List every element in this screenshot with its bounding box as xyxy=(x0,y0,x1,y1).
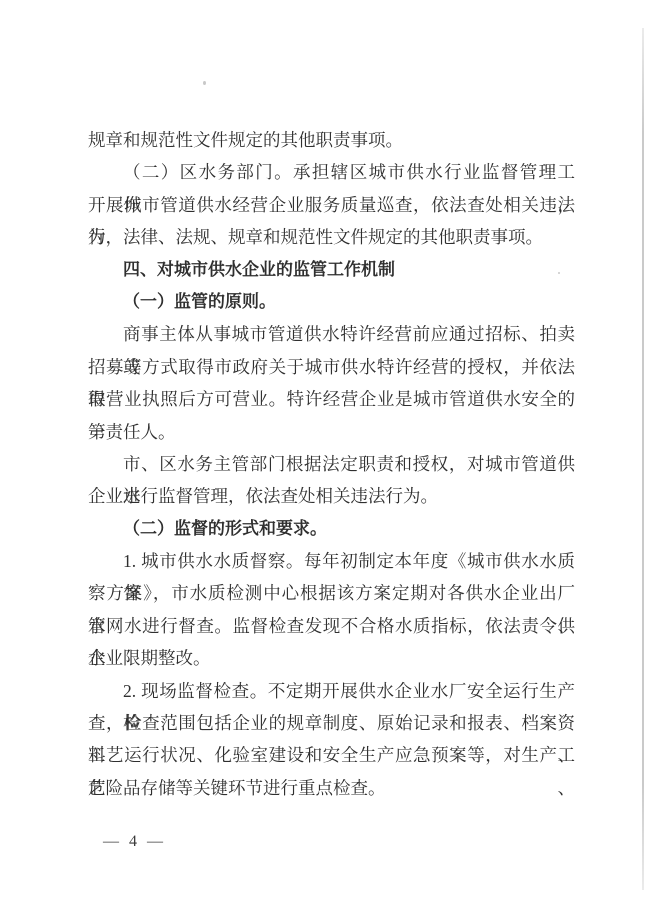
text-line: 为，法律、法规、规章和规范性文件规定的其他职责事项。 xyxy=(88,221,575,253)
text-line: 企业限期整改。 xyxy=(88,642,575,674)
text-line: 得营业执照后方可营业。特许经营企业是城市管道供水安全的第 xyxy=(88,383,575,415)
text-line: 查，检查范围包括企业的规章制度、原始记录和报表、档案资料、 xyxy=(88,707,575,739)
text-line: 管网水进行督查。监督检查发现不合格水质指标，依法责令供水 xyxy=(88,610,575,642)
text-line: 开展城市管道供水经营企业服务质量巡查，依法查处相关违法行 xyxy=(88,189,575,221)
text-line: 规章和规范性文件规定的其他职责事项。 xyxy=(88,124,575,156)
scan-edge-line xyxy=(642,28,644,890)
document-page: 规章和规范性文件规定的其他职责事项。（二）区水务部门。承担辖区城市供水行业监督管… xyxy=(0,0,650,918)
text-line: 招募等方式取得市政府关于城市供水特许经营的授权，并依法取 xyxy=(88,351,575,383)
text-line: 市、区水务主管部门根据法定职责和授权，对城市管道供水 xyxy=(88,448,575,480)
text-line: 商事主体从事城市管道供水特许经营前应通过招标、拍卖或 xyxy=(88,318,575,350)
page-number: — 4 — xyxy=(103,833,166,851)
text-line: 四、对城市供水企业的监管工作机制 xyxy=(88,254,575,286)
text-line: （二）监督的形式和要求。 xyxy=(88,513,575,545)
text-line: 察方案》，市水质检测中心根据该方案定期对各供水企业出厂水、 xyxy=(88,577,575,609)
text-line: 企业进行监督管理，依法查处相关违法行为。 xyxy=(88,480,575,512)
scan-artifact xyxy=(243,130,245,132)
text-line: 一责任人。 xyxy=(88,416,575,448)
scan-artifact xyxy=(203,81,206,85)
text-line: （一）监管的原则。 xyxy=(88,286,575,318)
text-line: （二）区水务部门。承担辖区城市供水行业监督管理工作， xyxy=(88,156,575,188)
text-line: 1. 城市供水水质督察。每年初制定本年度《城市供水水质督 xyxy=(88,545,575,577)
document-text: 规章和规范性文件规定的其他职责事项。（二）区水务部门。承担辖区城市供水行业监督管… xyxy=(88,124,575,804)
text-line: 2. 现场监督检查。不定期开展供水企业水厂安全运行生产检 xyxy=(88,675,575,707)
scan-artifact xyxy=(558,272,560,274)
text-line: 工艺运行状况、化验室建设和安全生产应急预案等，对生产工艺、 xyxy=(88,739,575,771)
